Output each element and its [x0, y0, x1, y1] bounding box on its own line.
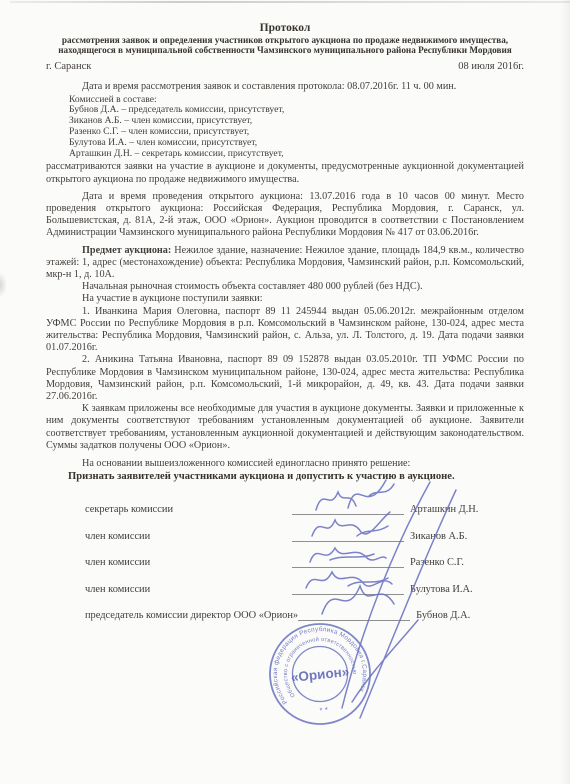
scan-edge-artifact: [560, 0, 570, 784]
scan-edge-artifact: [10, 1, 570, 3]
signer-name: Бубнов Д.А.: [416, 610, 470, 621]
document-title: Протокол: [46, 22, 524, 35]
signer-name: Зиканов А.Б.: [410, 531, 467, 542]
signer-role: член комиссии: [85, 531, 292, 542]
decision-intro-line: На основании вышеизложенного комиссией е…: [46, 458, 524, 470]
decision-line: Признать заявителей участниками аукциона…: [46, 470, 524, 483]
signer-name: Булутова И.А.: [410, 584, 473, 595]
date-label: 08 июля 2016г.: [458, 61, 524, 73]
compliance-paragraph: К заявкам приложены все необходимые для …: [46, 403, 524, 452]
signer-role: член комиссии: [85, 584, 292, 595]
signer-role: председатель комиссии директор ООО «Орио…: [85, 610, 298, 621]
application-entry: 2. Аникина Татьяна Ивановна, паспорт 89 …: [46, 354, 524, 403]
signer-role: член комиссии: [85, 557, 292, 568]
scan-mark-artifact: [0, 272, 7, 298]
subject-paragraph: Предмет аукциона: Нежилое здание, назнач…: [46, 245, 524, 282]
stamp-center-text: «Орион»: [290, 664, 350, 685]
signature-row: председатель комиссии директор ООО «Орио…: [46, 595, 546, 621]
document-body: Протокол рассмотрения заявок и определен…: [46, 22, 524, 483]
city-label: г. Саранск: [46, 61, 91, 73]
commission-member: Арташкин Д.Н. – секретарь комиссии, прис…: [69, 149, 524, 160]
orion-round-seal-stamp: Российская федерация Республика Мордовия…: [262, 616, 378, 732]
signer-role: секретарь комиссии: [85, 504, 292, 515]
application-entry: 1. Иванкина Мария Олеговна, паспорт 89 1…: [46, 306, 524, 355]
scanned-protocol-document: Протокол рассмотрения заявок и определен…: [0, 0, 570, 784]
signature-block: секретарь комиссии Арташкин Д.Н. член ко…: [46, 489, 546, 621]
price-line: Начальная рыночная стоимость объекта сос…: [46, 281, 524, 293]
protocol-datetime-line: Дата и время рассмотрения заявок и соста…: [46, 81, 524, 93]
signer-name: Арташкин Д.Н.: [410, 504, 478, 515]
applications-header: На участие в аукционе поступили заявки:: [46, 293, 524, 305]
purpose-paragraph: рассматриваются заявки на участие в аукц…: [46, 161, 524, 185]
signer-name: Разенко С.Г.: [410, 557, 464, 568]
stamp-bottom-marks: * *: [319, 705, 328, 715]
city-date-row: г. Саранск 08 июля 2016г.: [46, 61, 524, 73]
signature-row: секретарь комиссии Арташкин Д.Н.: [46, 489, 546, 515]
commission-member: Булутова И.А. – член комиссии, присутств…: [69, 138, 524, 149]
document-subtitle-line1: рассмотрения заявок и определения участн…: [46, 35, 524, 45]
subject-label: Предмет аукциона:: [82, 245, 171, 256]
signature-row: член комиссии Разенко С.Г.: [46, 542, 546, 568]
signature-line: [292, 581, 404, 595]
signature-line: [292, 554, 404, 568]
document-subtitle-line2: находящегося в муниципальной собственнос…: [46, 45, 524, 55]
commission-list: Комиссией в составе: Бубнов Д.А. – предс…: [46, 95, 524, 160]
signature-row: член комиссии Зиканов А.Б.: [46, 515, 546, 541]
auction-info-paragraph: Дата и время проведения открытого аукцио…: [46, 191, 524, 240]
signature-line: [292, 501, 404, 515]
signature-line: [292, 528, 404, 542]
signature-row: член комиссии Булутова И.А.: [46, 568, 546, 594]
